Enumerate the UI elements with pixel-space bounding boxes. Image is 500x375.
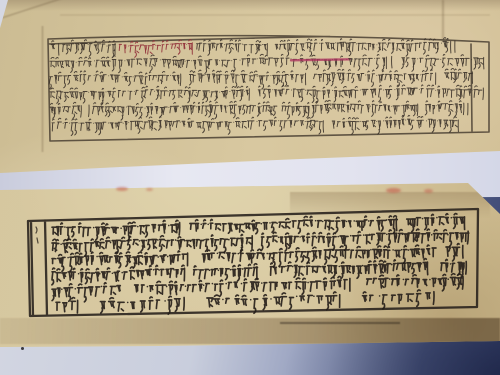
rubric-ink — [119, 40, 192, 58]
ink-overlay — [0, 0, 500, 375]
ink-stroke — [49, 69, 472, 89]
ink-stroke — [197, 38, 456, 57]
ink-stroke — [50, 85, 483, 105]
manuscript-photo: ༈ །དེ་ནག་གི་གསུམ་ལོ།ཕན་ནོ་རྩིས་ག་ཏུ་ཧུར་… — [0, 0, 500, 375]
ink-stroke — [50, 54, 291, 73]
ink-stroke — [52, 229, 469, 256]
lower-margin-mark — [36, 227, 38, 243]
ink-stroke — [52, 115, 458, 135]
ink-stroke — [349, 54, 484, 71]
ink-stroke — [50, 100, 468, 120]
ink-stroke — [52, 259, 466, 285]
ink-stroke — [293, 55, 347, 70]
red-strikethrough — [291, 59, 350, 60]
